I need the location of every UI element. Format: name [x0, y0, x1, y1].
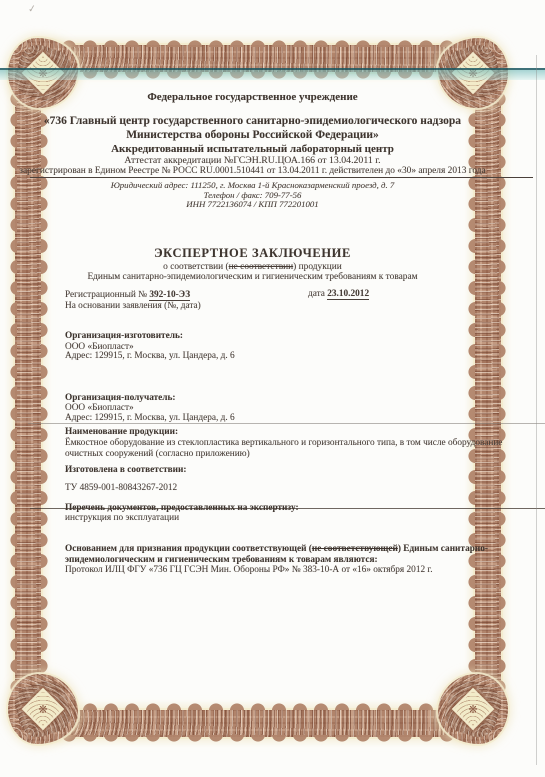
- manufacturer-name: ООО «Биопласт»: [65, 342, 134, 352]
- header-legal-address: Юридический адрес: 111250, г. Москва 1-й…: [0, 180, 505, 190]
- documents-list-heading: Перечень документов, предоставленных на …: [65, 503, 299, 513]
- corner-motif-icon: ❋: [434, 670, 512, 748]
- registration-number: 392-10-ЭЗ: [149, 290, 190, 301]
- document-subtitle-2: Единым санитарно-эпидемиологическим и ги…: [0, 272, 505, 282]
- header-org-name-line1: «736 Главный центр государственного сани…: [0, 115, 505, 127]
- manufacturer-address: Адрес: 129915, г. Москва, ул. Цандера, д…: [65, 351, 235, 361]
- corner-motif-icon: ❋: [4, 670, 82, 748]
- product-heading: Наименование продукции:: [65, 427, 178, 437]
- subtitle-suffix: ) продукции: [293, 262, 342, 272]
- header-center-name: Аккредитованный испытательный лабораторн…: [0, 143, 505, 155]
- recipient-name: ООО «Биопласт»: [65, 403, 134, 413]
- border-scallops: [38, 702, 478, 710]
- date-line: дата 23.10.2012: [308, 289, 369, 299]
- recipient-heading: Организация-получатель:: [65, 393, 176, 403]
- scan-edge-line: [536, 55, 537, 765]
- date-label: дата: [308, 289, 327, 299]
- registry-underline-rule: [30, 177, 533, 178]
- border-scallops: [38, 39, 478, 47]
- basis-prefix: Основанием для признания продукции соотв…: [65, 544, 312, 554]
- border-strip-bottom: [38, 710, 478, 737]
- conclusion-basis-paragraph: Основанием для признания продукции соотв…: [65, 544, 510, 566]
- technical-standard: ТУ 4859-001-80843267-2012: [65, 483, 177, 493]
- protocol-reference: Протокол ИЛЦ ФГУ «736 ГЦ ГСЭН Мин. Оборо…: [65, 565, 433, 575]
- corner-ornament-bottom-left: ❋: [4, 670, 82, 748]
- subtitle-prefix: о соответствии (: [163, 262, 228, 272]
- header-institution-type: Федеральное государственное учреждение: [0, 91, 505, 103]
- made-in-accordance-heading: Изготовлена в соответствии:: [65, 465, 186, 475]
- registration-number-line: Регистрационный № 392-10-ЭЗ: [65, 290, 190, 300]
- subtitle-struck-text: не соответствии: [229, 262, 294, 272]
- application-basis-line: На основании заявления (№, дата): [65, 301, 201, 311]
- document-title: ЭКСПЕРТНОЕ ЗАКЛЮЧЕНИЕ: [0, 246, 505, 261]
- manufacturer-heading: Организация-изготовитель:: [65, 331, 183, 341]
- scan-artifact-cyan-band: [0, 70, 545, 80]
- header-registry-line: зарегистрирован в Едином Реестре № РОСС …: [0, 166, 505, 176]
- scan-fold-line: [28, 423, 545, 424]
- pencil-check-mark: ✓: [27, 3, 37, 15]
- product-description: Ёмкостное оборудование из стеклопластика…: [65, 438, 517, 460]
- corner-ornament-bottom-right: ❋: [434, 670, 512, 748]
- registration-label: Регистрационный №: [65, 290, 149, 300]
- basis-struck-text: не соответствующей: [312, 544, 398, 554]
- documents-list-value: инструкция по эксплуатации: [65, 513, 179, 523]
- scanned-certificate-page: ❋ ❋ ❋ ❋ ✓ Федеральное государственное уч…: [0, 0, 545, 777]
- border-scallops: [38, 735, 478, 743]
- date-value: 23.10.2012: [327, 289, 369, 300]
- recipient-address: Адрес: 129915, г. Москва, ул. Цандера, д…: [65, 413, 235, 423]
- header-org-name-line2: Министерства обороны Российской Федераци…: [0, 129, 505, 141]
- document-subtitle: о соответствии (не соответствии) продукц…: [0, 262, 505, 272]
- header-inn-kpp: ИНН 7722136074 / КПП 772201001: [0, 199, 505, 209]
- header-accreditation: Аттестат аккредитации №ГСЭН.RU.ЦОА.166 о…: [0, 155, 505, 166]
